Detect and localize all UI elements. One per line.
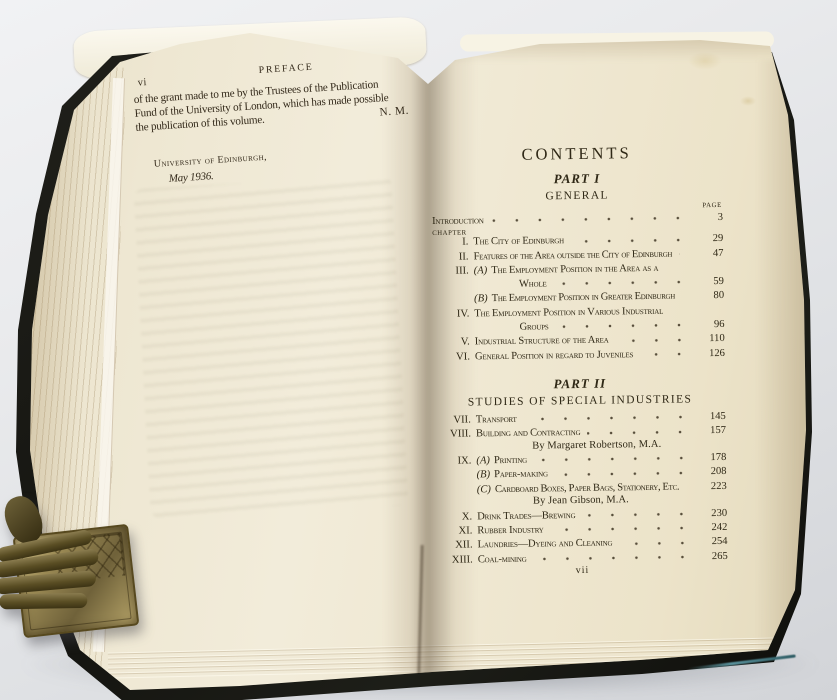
dot-leader xyxy=(616,338,693,348)
chapter-title: Introduction xyxy=(432,214,484,229)
chapter-roman: IX. xyxy=(435,455,471,470)
dot-leader xyxy=(682,295,692,304)
chapter-roman: V. xyxy=(434,336,470,351)
page-number: 80 xyxy=(697,289,724,304)
page-number: 96 xyxy=(697,318,724,333)
chapter-title: The Employment Position in the Area as a xyxy=(491,262,658,279)
subsection-letter: (C) xyxy=(477,483,491,497)
page-number: 178 xyxy=(699,451,726,466)
chapter-title: Drink Trades—Brewing xyxy=(477,509,575,525)
figure-ridge xyxy=(0,593,87,610)
chapter-roman: XI. xyxy=(436,524,472,539)
page-number: 254 xyxy=(700,535,727,550)
chapter-title: Whole xyxy=(519,278,547,293)
contents-title: CONTENTS xyxy=(431,142,722,166)
page-number: 242 xyxy=(700,521,727,536)
show-through-text xyxy=(134,175,409,518)
chapter-roman: II. xyxy=(432,250,468,265)
left-folio: vi xyxy=(137,76,147,90)
brass-bookweight xyxy=(0,492,152,646)
page-number: 230 xyxy=(700,507,727,522)
subsection-letter: (A) xyxy=(476,454,490,468)
open-book-photo: vi PREFACE of the grant made to me by th… xyxy=(0,0,837,700)
page-number: 110 xyxy=(698,332,725,347)
foxing-spot xyxy=(740,96,756,106)
toc-part1: Introduction 3 CHAPTER I. The City of Ed… xyxy=(432,211,725,365)
page-number: 157 xyxy=(699,424,726,439)
foxing-spot xyxy=(688,52,722,70)
dot-leader xyxy=(686,485,695,494)
part2-subheading: STUDIES OF SPECIAL INDUSTRIES xyxy=(435,393,726,409)
dot-leader xyxy=(556,324,693,335)
dot-leader xyxy=(640,352,693,362)
page-number: 126 xyxy=(698,347,725,362)
chapter-roman: XII. xyxy=(436,539,472,554)
part2-heading: PART II xyxy=(434,374,725,394)
chapter-title: Paper-making xyxy=(494,468,548,483)
part1-heading: PART I xyxy=(431,169,722,189)
page-number: 145 xyxy=(699,410,726,425)
chapter-roman: XIII. xyxy=(437,553,473,568)
preface-paragraph: of the grant made to me by the Trustees … xyxy=(133,77,413,136)
page-number: 59 xyxy=(697,275,724,290)
toc-part2: VII. Transport 145 VIII. Building and Co… xyxy=(435,410,728,568)
chapter-title: Transport xyxy=(476,413,517,428)
page-number: 47 xyxy=(696,247,723,262)
chapter-title: General Position in regard to Juveniles xyxy=(475,348,633,365)
dot-leader xyxy=(619,541,695,551)
chapter-title: Laundries—Dyeing and Cleaning xyxy=(477,537,612,553)
chapter-title: Printing xyxy=(494,454,527,469)
toc-row: VI. General Position in regard to Juveni… xyxy=(434,347,725,365)
chapter-title: Rubber Industry xyxy=(477,523,543,538)
chapter-roman: X. xyxy=(436,510,472,525)
chapter-roman: III. xyxy=(433,264,469,279)
chapter-roman: I. xyxy=(432,236,468,251)
subsection-letter: (A) xyxy=(474,264,488,278)
brass-figure xyxy=(0,504,112,632)
chapter-title: Groups xyxy=(519,320,548,335)
chapter-roman: VI. xyxy=(434,350,470,365)
right-page: CONTENTS PART I GENERAL PAGE Introductio… xyxy=(431,142,728,578)
chapter-title: Coal-mining xyxy=(478,552,527,567)
subsection-letter: (B) xyxy=(477,469,491,483)
chapter-roman: VIII. xyxy=(435,428,471,443)
chapter-title: The City of Edinburgh xyxy=(473,234,564,250)
page-number: 208 xyxy=(699,465,726,480)
chapter-title: The Employment Position in Various Indus… xyxy=(474,305,663,322)
page-number: 265 xyxy=(701,549,728,564)
chapter-roman: IV. xyxy=(433,307,469,322)
page-number: 29 xyxy=(696,232,723,247)
chapter-roman: VII. xyxy=(435,413,471,428)
dot-leader xyxy=(679,252,692,261)
author-initials: N. M. xyxy=(379,104,413,120)
subsection-letter: (B) xyxy=(474,293,488,307)
page-number: 3 xyxy=(696,211,723,226)
dot-leader xyxy=(582,512,695,523)
page-number: 223 xyxy=(700,480,727,495)
left-page: vi PREFACE of the grant made to me by th… xyxy=(132,55,417,189)
